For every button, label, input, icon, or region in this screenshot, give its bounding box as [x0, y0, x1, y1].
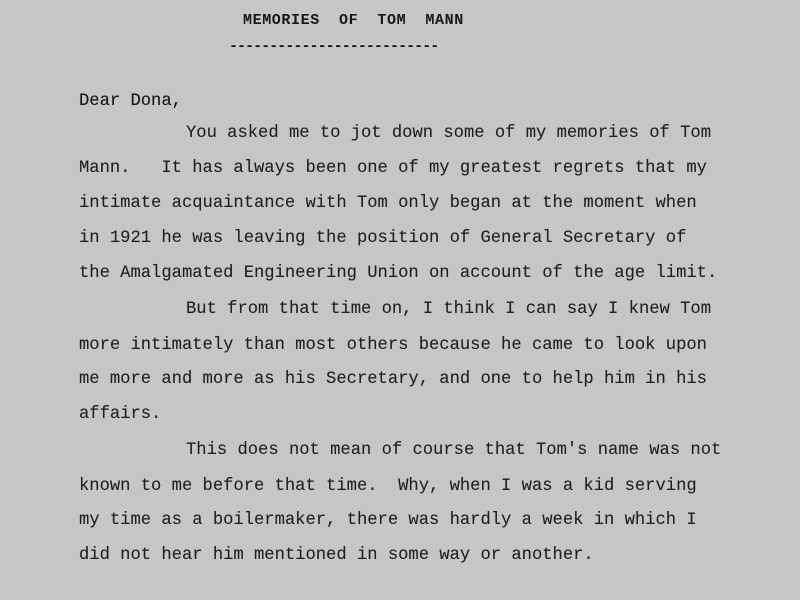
text-line: in 1921 he was leaving the position of G… — [79, 229, 686, 248]
text-line: You asked me to jot down some of my memo… — [186, 124, 711, 143]
document-title: MEMORIES OF TOM MANN — [243, 12, 464, 29]
text-line: But from that time on, I think I can say… — [186, 300, 711, 319]
text-line: This does not mean of course that Tom's … — [186, 441, 721, 460]
typewritten-page: MEMORIES OF TOM MANN -------------------… — [0, 0, 800, 600]
text-line: Mann. It has always been one of my great… — [79, 159, 707, 178]
text-line: my time as a boilermaker, there was hard… — [79, 511, 697, 530]
text-line: did not hear him mentioned in some way o… — [79, 546, 594, 565]
title-underline: -------------------------- — [229, 38, 438, 55]
salutation: Dear Dona, — [79, 92, 182, 111]
text-line: more intimately than most others because… — [79, 336, 707, 355]
text-line: the Amalgamated Engineering Union on acc… — [79, 264, 717, 283]
text-line: known to me before that time. Why, when … — [79, 477, 697, 496]
text-line: me more and more as his Secretary, and o… — [79, 370, 707, 389]
text-line: affairs. — [79, 405, 161, 424]
text-line: intimate acquaintance with Tom only bega… — [79, 194, 697, 213]
